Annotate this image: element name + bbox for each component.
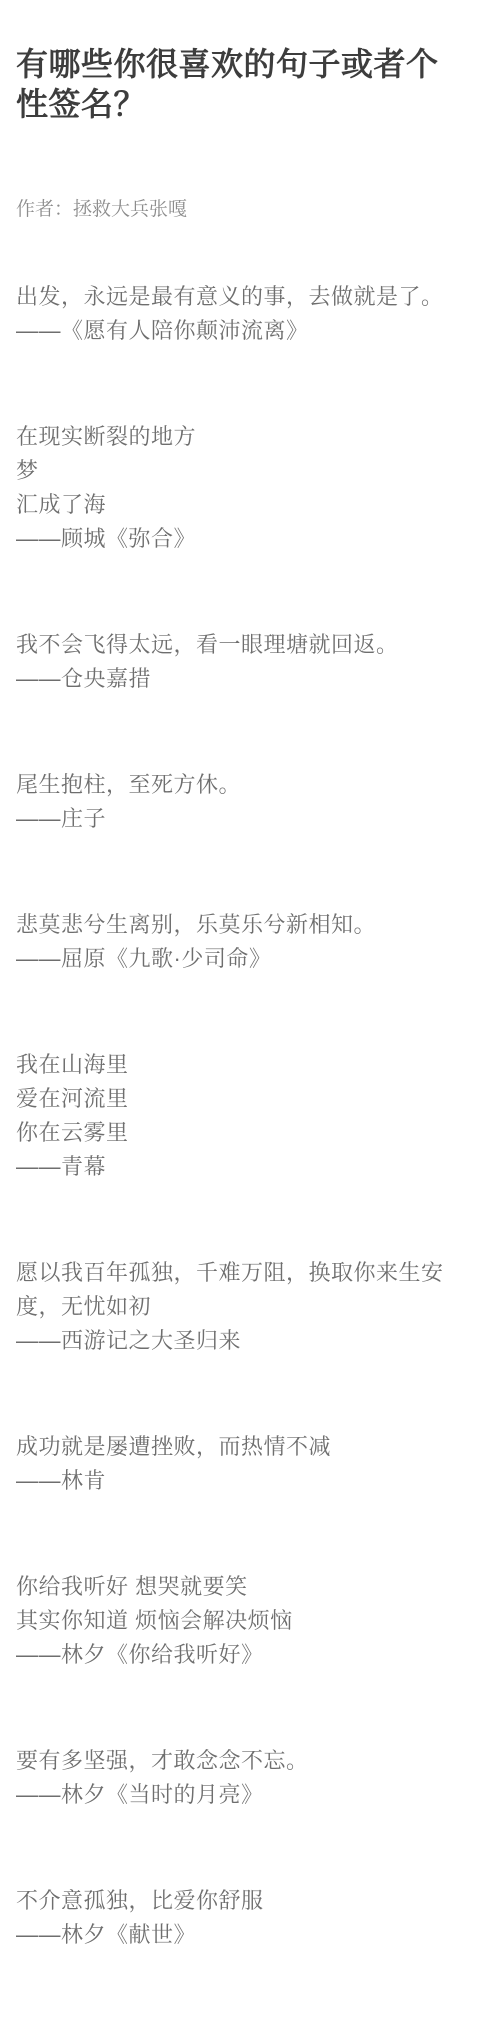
quote-block: 悲莫悲兮生离别，乐莫乐兮新相知。 ——屈原《九歌·少司命》 (16, 908, 462, 976)
quote-block: 出发，永远是最有意义的事，去做就是了。 ——《愿有人陪你颠沛流离》 (16, 280, 462, 348)
quote-text: 我不会飞得太远，看一眼理塘就回返。 (16, 628, 462, 662)
quote-text: 悲莫悲兮生离别，乐莫乐兮新相知。 (16, 908, 462, 942)
quote-block: 要有多坚强，才敢念念不忘。 ——林夕《当时的月亮》 (16, 1744, 462, 1812)
quote-attribution: ——庄子 (16, 802, 462, 836)
quote-attribution: ——林夕《当时的月亮》 (16, 1778, 462, 1812)
quote-text: 不介意孤独，比爱你舒服 (16, 1884, 462, 1918)
quote-list: 出发，永远是最有意义的事，去做就是了。 ——《愿有人陪你颠沛流离》 在现实断裂的… (16, 280, 462, 1952)
quote-attribution: ——西游记之大圣归来 (16, 1324, 462, 1358)
quote-block: 尾生抱柱，至死方休。 ——庄子 (16, 768, 462, 836)
quote-text: 要有多坚强，才敢念念不忘。 (16, 1744, 462, 1778)
question-title: 有哪些你很喜欢的句子或者个性签名？ (16, 44, 462, 124)
quote-attribution: ——顾城《弥合》 (16, 522, 462, 556)
quote-text: 成功就是屡遭挫败，而热情不减 (16, 1430, 462, 1464)
quote-block: 我在山海里 爱在河流里 你在云雾里 ——青幕 (16, 1048, 462, 1184)
quote-text: 你在云雾里 (16, 1116, 462, 1150)
quote-attribution: ——林夕《你给我听好》 (16, 1638, 462, 1672)
quote-block: 成功就是屡遭挫败，而热情不减 ——林肯 (16, 1430, 462, 1498)
quote-text: 梦 (16, 454, 462, 488)
quote-attribution: ——青幕 (16, 1150, 462, 1184)
quote-block: 愿以我百年孤独，千难万阻，换取你来生安度，无忧如初 ——西游记之大圣归来 (16, 1256, 462, 1358)
quote-text: 尾生抱柱，至死方休。 (16, 768, 462, 802)
quote-attribution: ——林肯 (16, 1464, 462, 1498)
quote-block: 你给我听好 想哭就要笑 其实你知道 烦恼会解决烦恼 ——林夕《你给我听好》 (16, 1570, 462, 1672)
quote-text: 我在山海里 (16, 1048, 462, 1082)
author-byline: 作者：拯救大兵张嘎 (16, 197, 462, 223)
quote-attribution: ——屈原《九歌·少司命》 (16, 942, 462, 976)
quote-attribution: ——《愿有人陪你颠沛流离》 (16, 314, 462, 348)
quote-block: 在现实断裂的地方 梦 汇成了海 ——顾城《弥合》 (16, 420, 462, 556)
quote-text: 在现实断裂的地方 (16, 420, 462, 454)
quote-text: 其实你知道 烦恼会解决烦恼 (16, 1604, 462, 1638)
quote-text: 出发，永远是最有意义的事，去做就是了。 (16, 280, 462, 314)
quote-text: 愿以我百年孤独，千难万阻，换取你来生安度，无忧如初 (16, 1256, 462, 1324)
quote-text: 你给我听好 想哭就要笑 (16, 1570, 462, 1604)
article-page: 有哪些你很喜欢的句子或者个性签名？ 作者：拯救大兵张嘎 出发，永远是最有意义的事… (0, 0, 480, 1992)
quote-attribution: ——林夕《献世》 (16, 1918, 462, 1952)
quote-text: 汇成了海 (16, 488, 462, 522)
quote-block: 不介意孤独，比爱你舒服 ——林夕《献世》 (16, 1884, 462, 1952)
quote-block: 我不会飞得太远，看一眼理塘就回返。 ——仓央嘉措 (16, 628, 462, 696)
quote-text: 爱在河流里 (16, 1082, 462, 1116)
quote-attribution: ——仓央嘉措 (16, 662, 462, 696)
